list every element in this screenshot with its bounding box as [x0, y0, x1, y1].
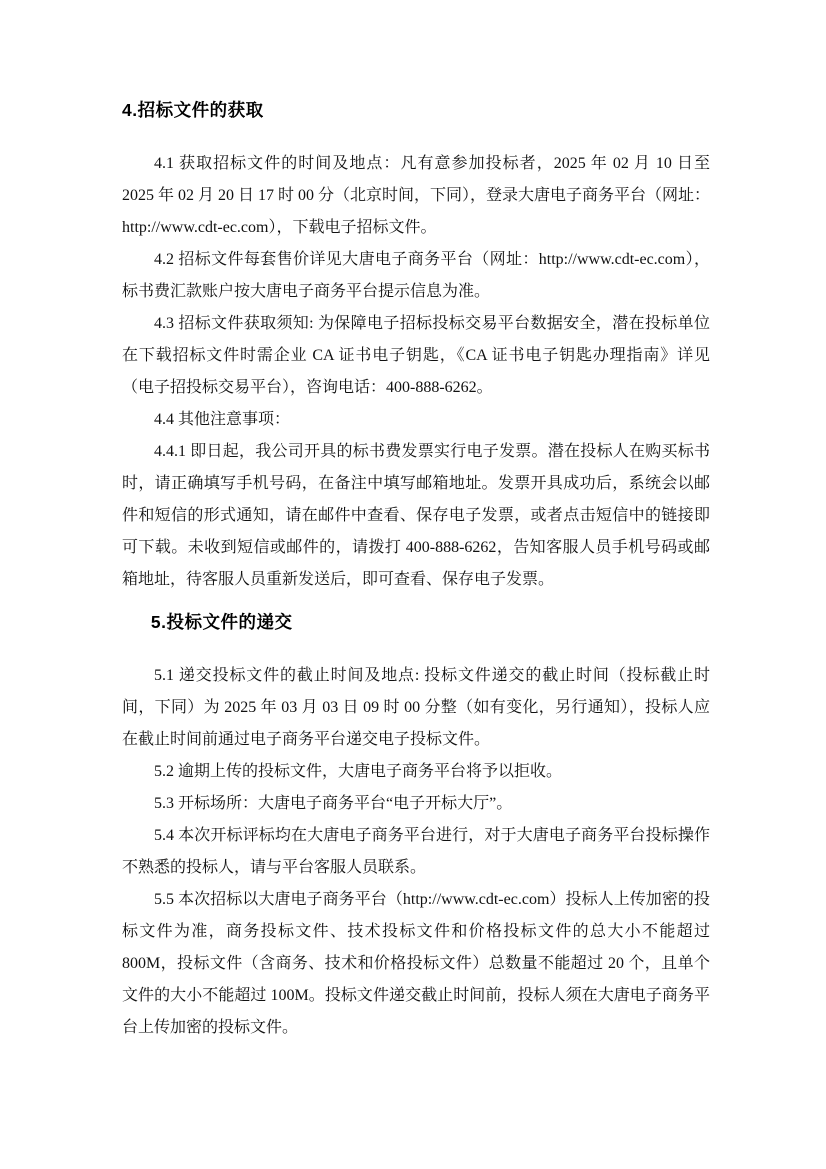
para-5-4: 5.4 本次开标评标均在大唐电子商务平台进行，对于大唐电子商务平台投标操作不熟悉…: [122, 820, 710, 884]
document-page: 4.招标文件的获取 4.1 获取招标文件的时间及地点：凡有意参加投标者，2025…: [0, 0, 826, 1169]
section-bid-document-acquisition: 4.招标文件的获取 4.1 获取招标文件的时间及地点：凡有意参加投标者，2025…: [122, 94, 710, 596]
para-5-1: 5.1 递交投标文件的截止时间及地点: 投标文件递交的截止时间（投标截止时间，下…: [122, 660, 710, 756]
para-4-4: 4.4 其他注意事项：: [122, 404, 710, 436]
para-4-2: 4.2 招标文件每套售价详见大唐电子商务平台（网址：http://www.cdt…: [122, 244, 710, 308]
para-4-4-1: 4.4.1 即日起，我公司开具的标书费发票实行电子发票。潜在投标人在购买标书时，…: [122, 436, 710, 596]
para-5-3: 5.3 开标场所：大唐电子商务平台“电子开标大厅”。: [122, 788, 710, 820]
section-5-heading: 5.投标文件的递交: [122, 606, 710, 638]
section-4-heading: 4.招标文件的获取: [122, 94, 710, 126]
section-bid-submission: 5.投标文件的递交 5.1 递交投标文件的截止时间及地点: 投标文件递交的截止时…: [122, 606, 710, 1044]
document-content: 4.招标文件的获取 4.1 获取招标文件的时间及地点：凡有意参加投标者，2025…: [122, 94, 710, 1044]
para-4-1: 4.1 获取招标文件的时间及地点：凡有意参加投标者，2025 年 02 月 10…: [122, 148, 710, 244]
para-4-3: 4.3 招标文件获取须知: 为保障电子招标投标交易平台数据安全，潜在投标单位在下…: [122, 308, 710, 404]
para-5-2: 5.2 逾期上传的投标文件，大唐电子商务平台将予以拒收。: [122, 756, 710, 788]
para-5-5: 5.5 本次招标以大唐电子商务平台（http://www.cdt-ec.com）…: [122, 884, 710, 1044]
